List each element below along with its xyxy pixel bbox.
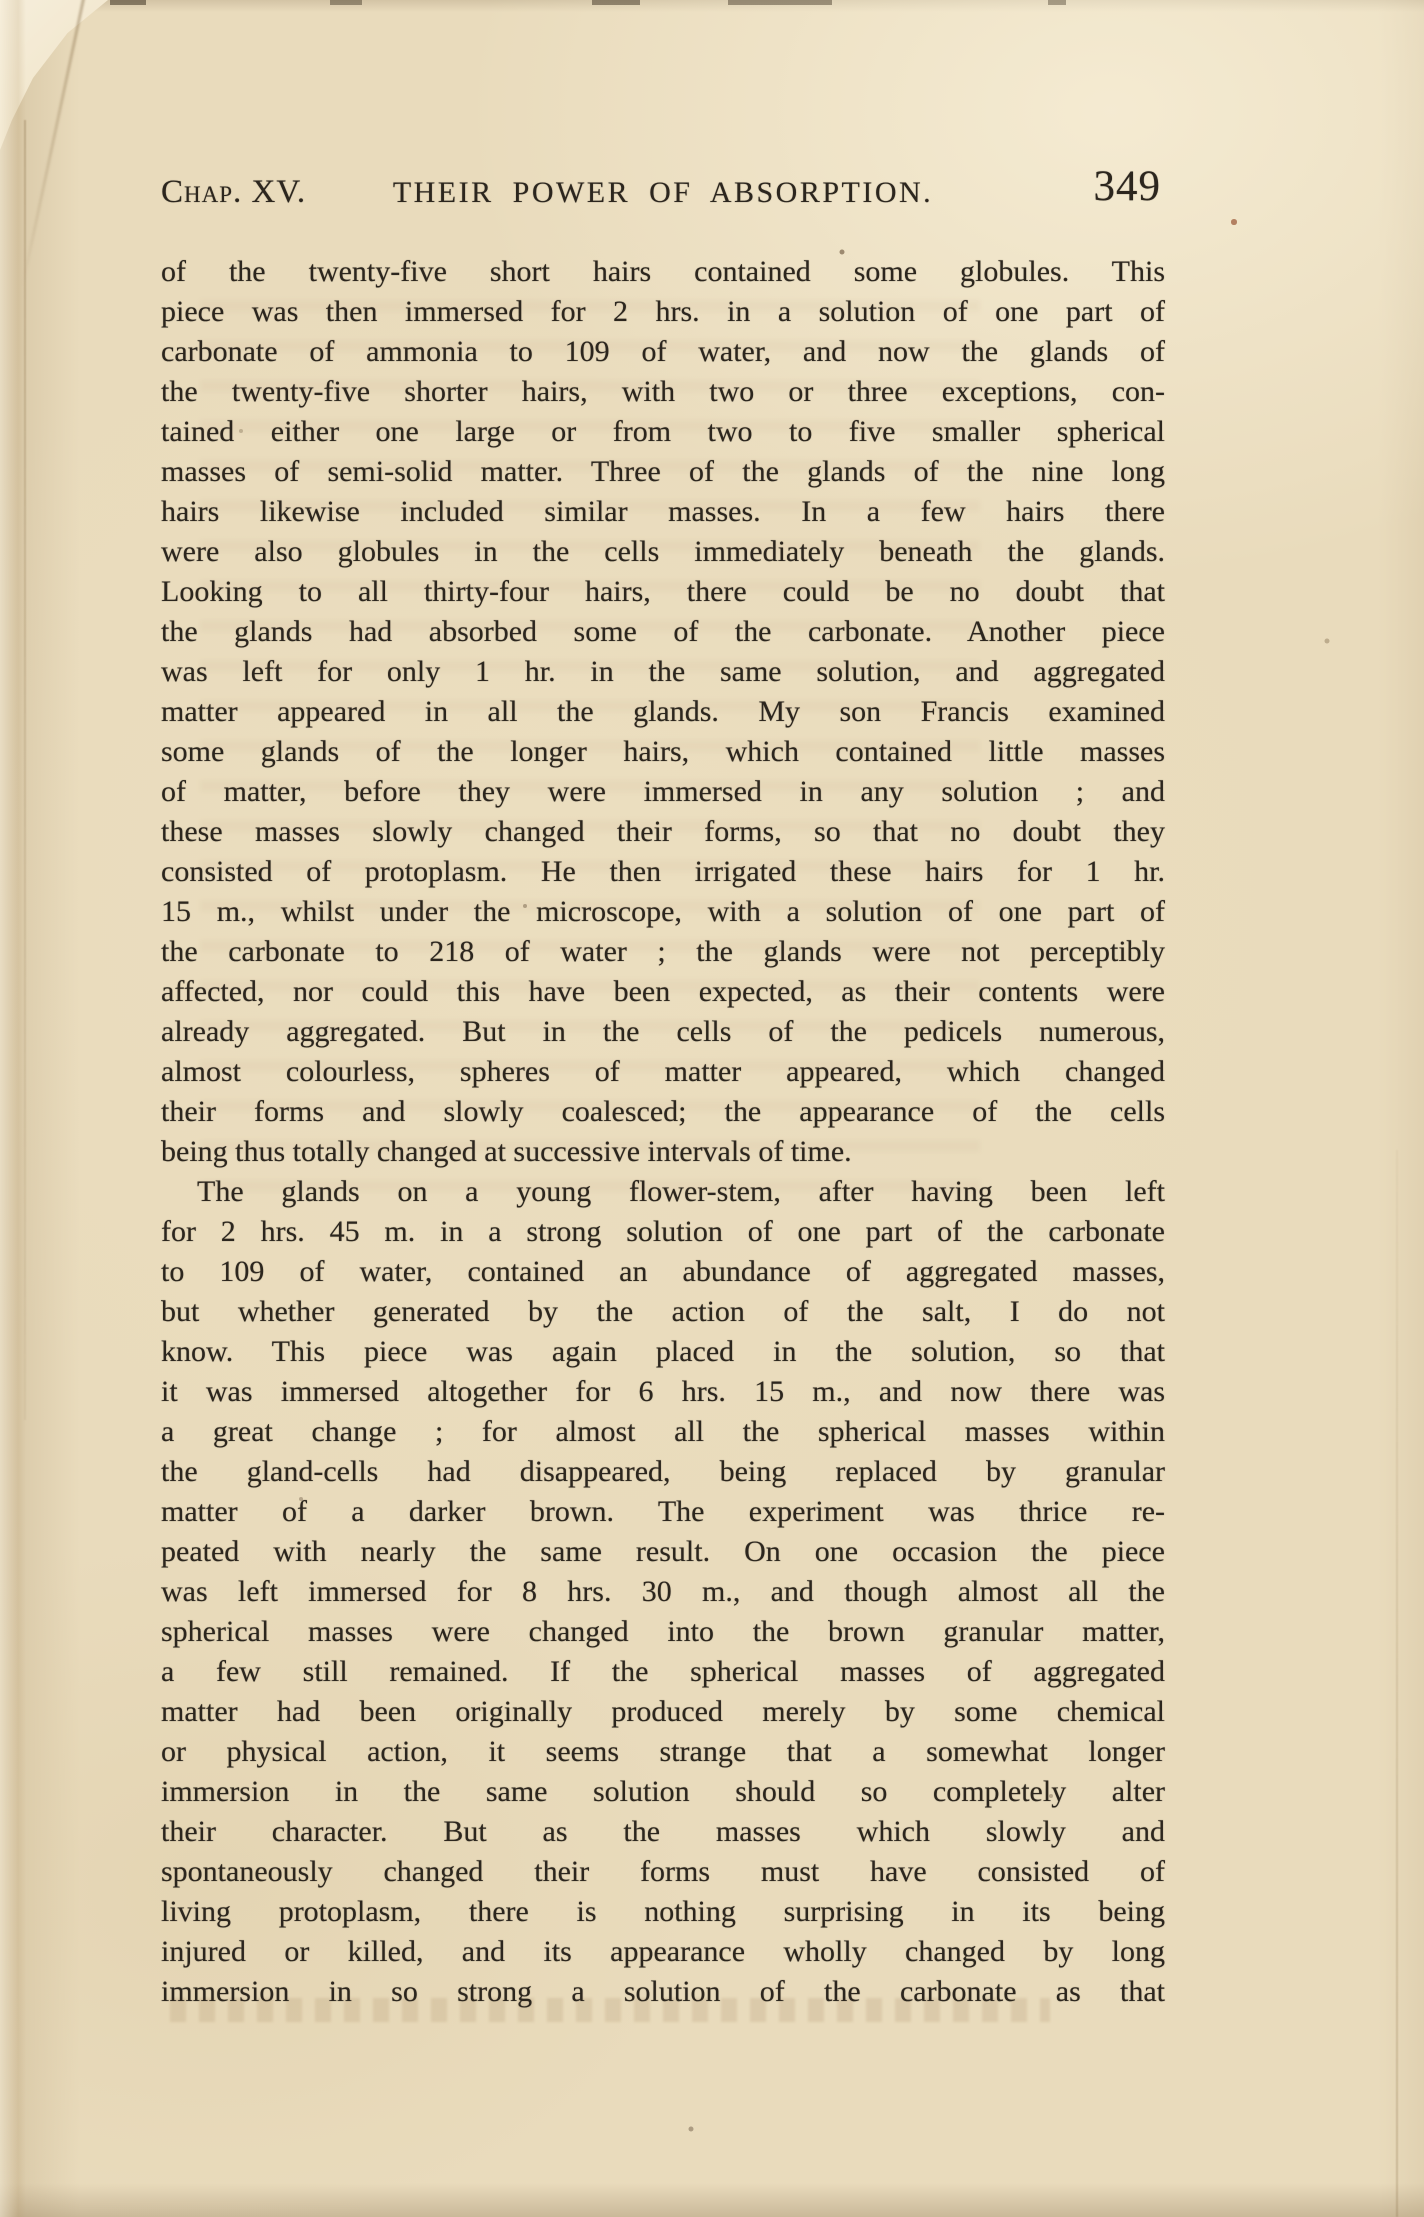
text-line: The glands on a young flower-stem, after… — [161, 1172, 1165, 1212]
text-line: spherical masses were changed into the b… — [161, 1612, 1165, 1652]
text-line: of the twenty-five short hairs contained… — [161, 252, 1165, 292]
text-line: the glands had absorbed some of the carb… — [161, 612, 1165, 652]
text-line: being thus totally changed at successive… — [161, 1132, 1165, 1172]
text-line: tained either one large or from two to f… — [161, 412, 1165, 452]
text-line: carbonate of ammonia to 109 of water, an… — [161, 332, 1165, 372]
text-line: hairs likewise included similar masses. … — [161, 492, 1165, 532]
text-line: were also globules in the cells immediat… — [161, 532, 1165, 572]
running-title: THEIR POWER OF ABSORPTION. — [161, 176, 1165, 210]
top-edge-marks — [0, 0, 1424, 5]
text-line: immersion in so strong a solution of the… — [161, 1972, 1165, 2012]
text-line: masses of semi-solid matter. Three of th… — [161, 452, 1165, 492]
text-line: spontaneously changed their forms must h… — [161, 1852, 1165, 1892]
page-left-edge — [0, 0, 26, 2217]
text-line: but whether generated by the action of t… — [161, 1292, 1165, 1332]
text-line: for 2 hrs. 45 m. in a strong solution of… — [161, 1212, 1165, 1252]
text-line: their forms and slowly coalesced; the ap… — [161, 1092, 1165, 1132]
paragraph: of the twenty-five short hairs contained… — [161, 252, 1165, 1172]
right-crease-line — [1396, 1150, 1398, 2217]
text-line: the carbonate to 218 of water ; the glan… — [161, 932, 1165, 972]
text-line: the gland-cells had disappeared, being r… — [161, 1452, 1165, 1492]
book-page-scan: Chap. XV. THEIR POWER OF ABSORPTION. 349… — [0, 0, 1424, 2217]
text-line: living protoplasm, there is nothing surp… — [161, 1892, 1165, 1932]
text-line: was left for only 1 hr. in the same solu… — [161, 652, 1165, 692]
text-line: these masses slowly changed their forms,… — [161, 812, 1165, 852]
page-number: 349 — [1094, 162, 1162, 211]
text-line: know. This piece was again placed in the… — [161, 1332, 1165, 1372]
text-line: already aggregated. But in the cells of … — [161, 1012, 1165, 1052]
text-line: it was immersed altogether for 6 hrs. 15… — [161, 1372, 1165, 1412]
text-line: consisted of protoplasm. He then irrigat… — [161, 852, 1165, 892]
text-line: peated with nearly the same result. On o… — [161, 1532, 1165, 1572]
text-line: immersion in the same solution should so… — [161, 1772, 1165, 1812]
text-line: matter of a darker brown. The experiment… — [161, 1492, 1165, 1532]
text-line: almost colourless, spheres of matter app… — [161, 1052, 1165, 1092]
text-line: matter had been originally produced mere… — [161, 1692, 1165, 1732]
text-line: affected, nor could this have been expec… — [161, 972, 1165, 1012]
text-line: their character. But as the masses which… — [161, 1812, 1165, 1852]
left-crease-line — [24, 120, 26, 1420]
text-line: matter appeared in all the glands. My so… — [161, 692, 1165, 732]
text-line: the twenty-five shorter hairs, with two … — [161, 372, 1165, 412]
paper-specks — [0, 0, 2, 2]
text-line: a great change ; for almost all the sphe… — [161, 1412, 1165, 1452]
text-line: of matter, before they were immersed in … — [161, 772, 1165, 812]
text-line: or physical action, it seems strange tha… — [161, 1732, 1165, 1772]
paragraph: The glands on a young flower-stem, after… — [161, 1172, 1165, 2012]
text-line: piece was then immersed for 2 hrs. in a … — [161, 292, 1165, 332]
text-line: some glands of the longer hairs, which c… — [161, 732, 1165, 772]
text-line: Looking to all thirty-four hairs, there … — [161, 572, 1165, 612]
page-header: Chap. XV. THEIR POWER OF ABSORPTION. 349 — [161, 168, 1165, 216]
page-body: of the twenty-five short hairs contained… — [161, 252, 1165, 2012]
text-line: was left immersed for 8 hrs. 30 m., and … — [161, 1572, 1165, 1612]
text-line: to 109 of water, contained an abundance … — [161, 1252, 1165, 1292]
text-line: a few still remained. If the spherical m… — [161, 1652, 1165, 1692]
text-line: 15 m., whilst under the microscope, with… — [161, 892, 1165, 932]
text-line: injured or killed, and its appearance wh… — [161, 1932, 1165, 1972]
